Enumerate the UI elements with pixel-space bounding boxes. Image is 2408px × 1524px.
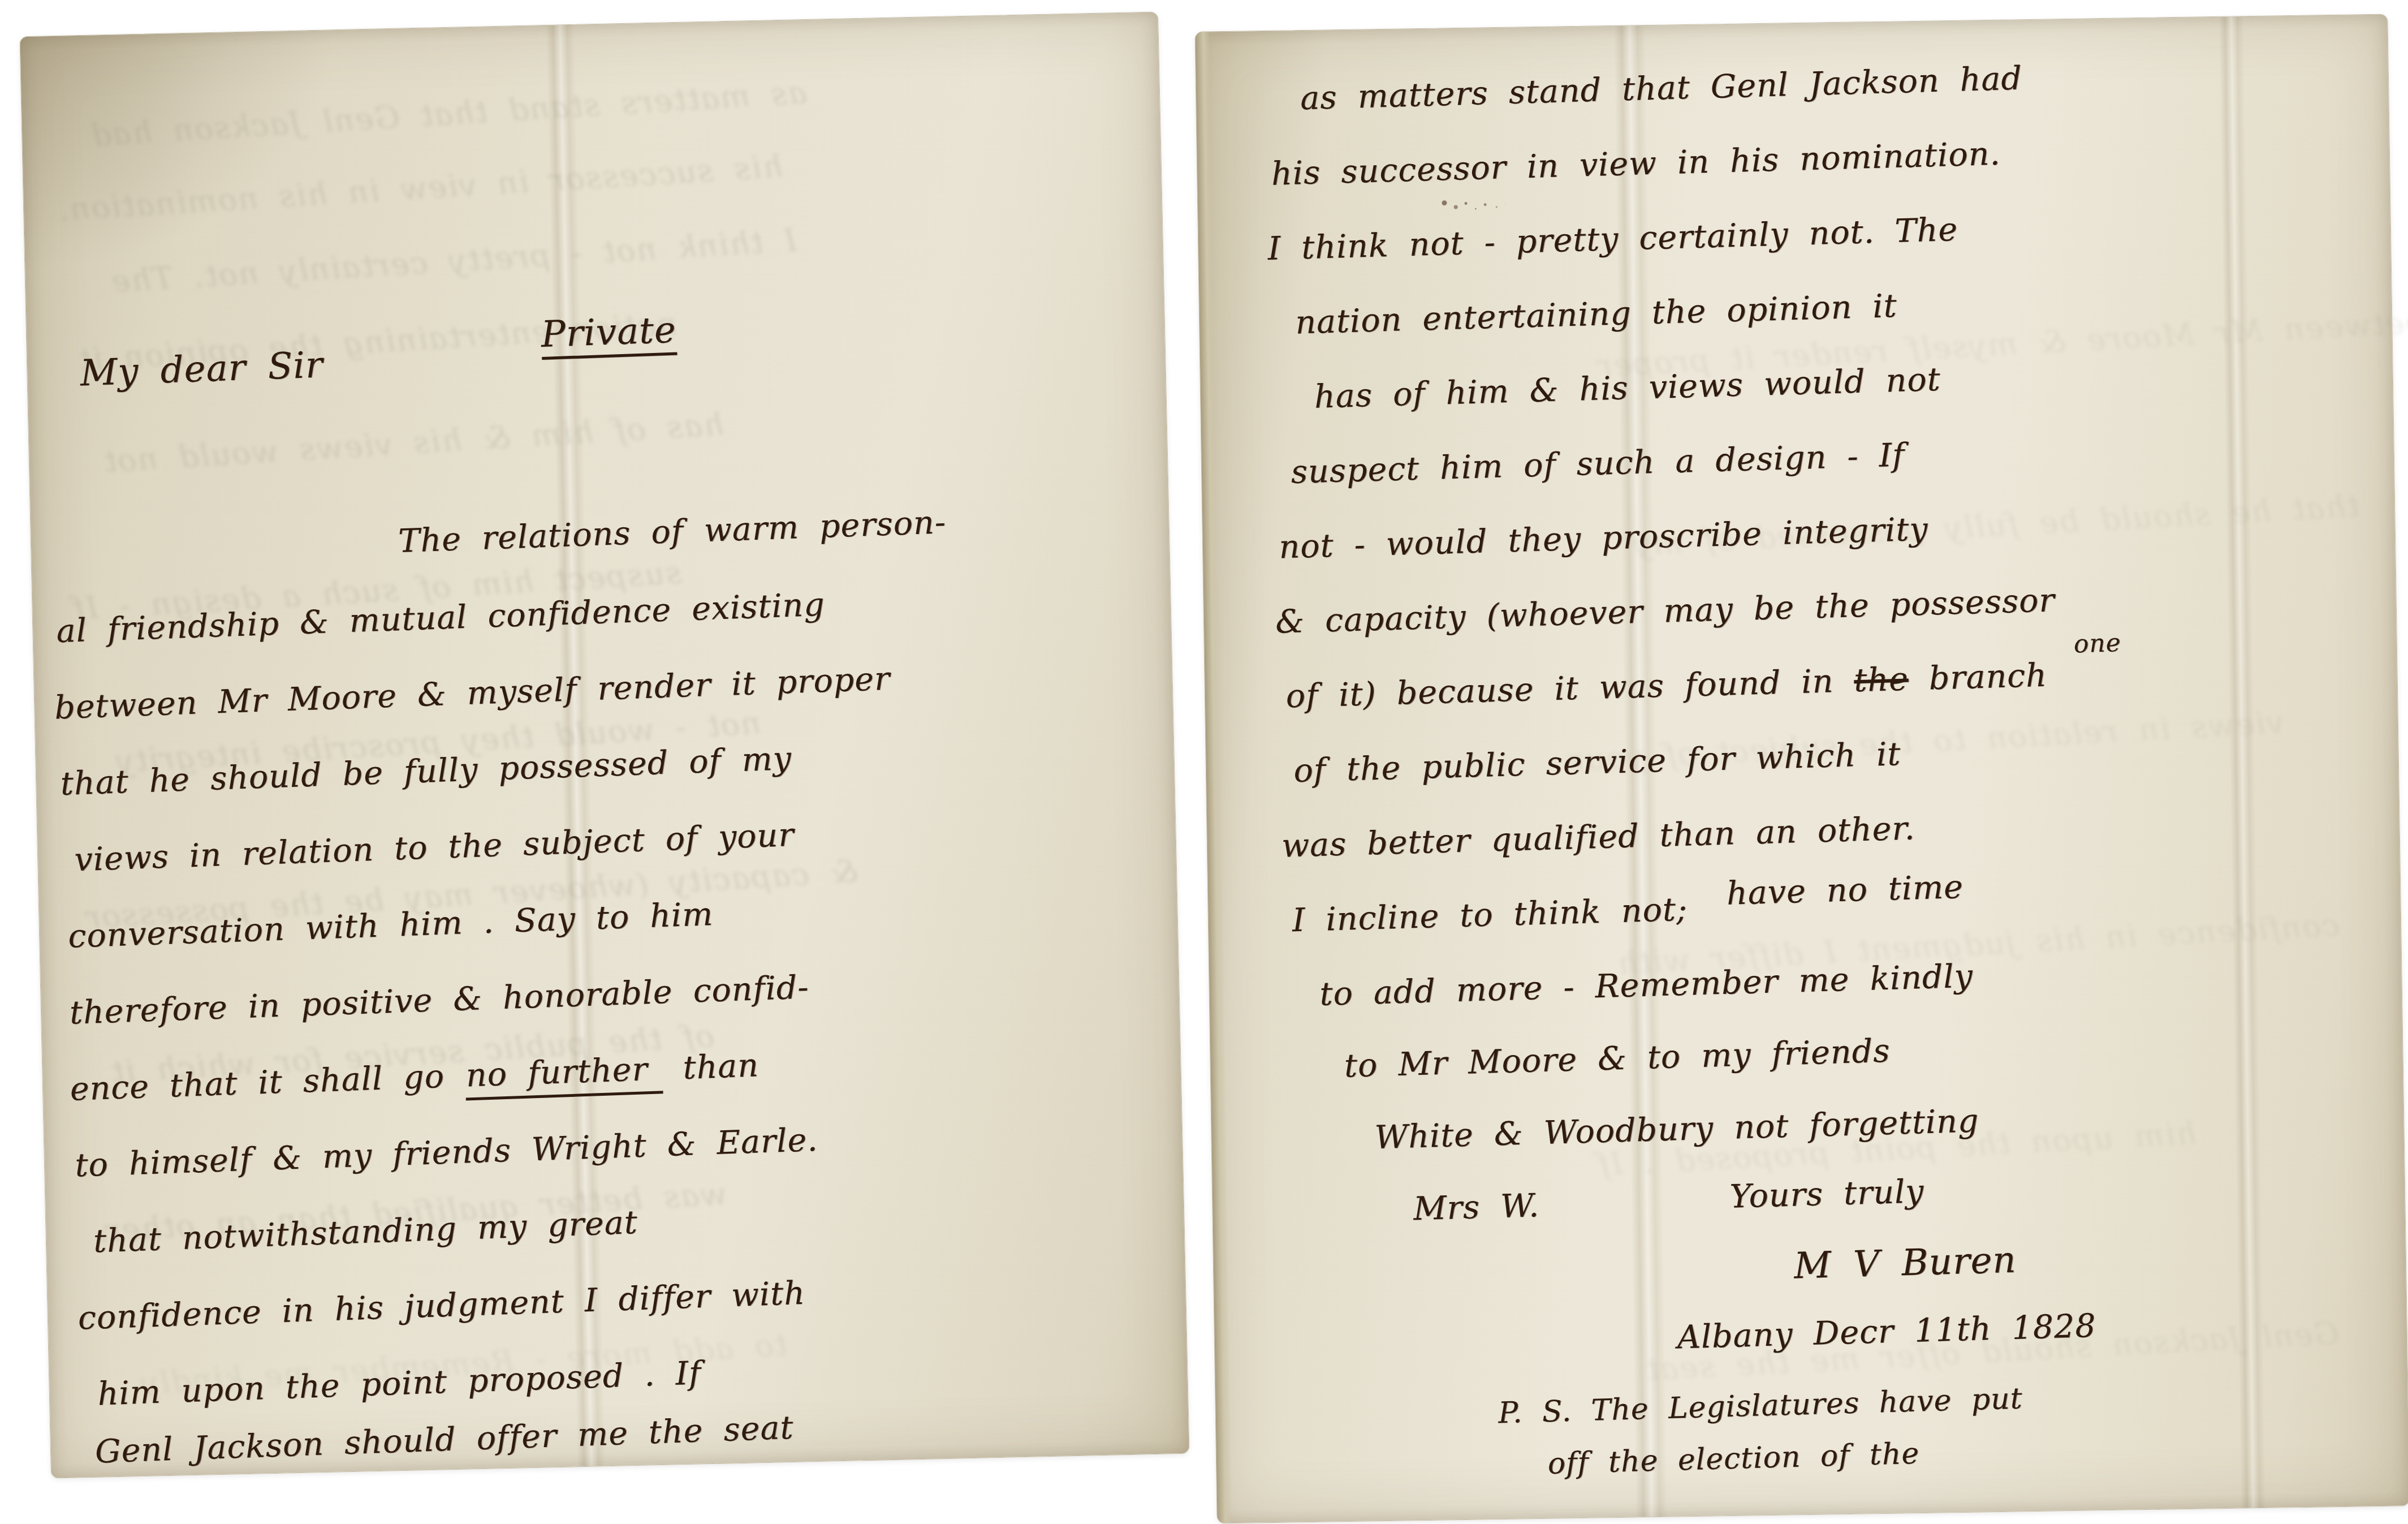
struck-word: the — [1853, 661, 1909, 700]
letter-line: was better qualified than an other. — [1281, 810, 1915, 864]
page-1-text: My dear Sir Private The relations of war… — [19, 0, 1206, 1478]
letter-line: The relations of warm person- — [398, 503, 947, 560]
letter-line: views in relation to the subject of your — [74, 816, 795, 879]
letter-line: him upon the point proposed . If — [97, 1354, 702, 1413]
letter-line: not - would they proscribe integrity — [1279, 511, 1929, 566]
signature: M V Buren — [1793, 1239, 2017, 1288]
letter-line: that he should be fully possessed of my — [60, 740, 792, 803]
letter-line: nation entertaining the opinion it — [1294, 287, 1897, 342]
letter-scan: as matters stand that Genl Jackson had h… — [0, 0, 2408, 1524]
ink-smudge — [1442, 200, 1447, 205]
letter-line: White & Woodbury not forgetting — [1374, 1102, 1979, 1156]
closing-addressee: Mrs W. — [1413, 1187, 1539, 1228]
line-segment: I incline to think not; — [1292, 891, 1688, 939]
line-segment: than — [662, 1047, 759, 1087]
letter-line: conversation with him . Say to him — [67, 896, 714, 955]
letter-line: confidence in his judgment I differ with — [77, 1275, 806, 1337]
letter-line: that notwithstanding my great — [93, 1204, 638, 1260]
letter-line: I think not - pretty certainly not. The — [1267, 211, 1958, 268]
letter-line: to add more - Remember me kindly — [1319, 958, 1974, 1013]
letter-line: I incline to think not;have no time — [1292, 883, 1964, 939]
letter-line: Genl Jackson should offer me the seat — [94, 1409, 794, 1471]
salutation: My dear Sir — [79, 344, 323, 394]
letter-line: al friendship & mutual confidence existi… — [55, 586, 825, 650]
letter-page-1: as matters stand that Genl Jackson had h… — [19, 11, 1189, 1478]
page-2-text: as matters stand that Genl Jackson had h… — [1194, 0, 2408, 1523]
line-segment: of it) because it was found in — [1285, 662, 1854, 715]
letter-line: suspect him of such a design - If — [1291, 437, 1905, 491]
underlined-phrase: no further — [464, 1050, 663, 1100]
line-segment: ence that it shall go — [70, 1057, 465, 1108]
raised-phrase: have no time — [1726, 868, 1963, 912]
valediction: Yours truly — [1729, 1173, 1924, 1216]
dateline: Albany Decr 11th 1828 — [1677, 1307, 2097, 1357]
letter-line: has of him & his views would not — [1314, 361, 1941, 416]
postscript-line: off the election of the — [1547, 1437, 1920, 1481]
letter-line: his successor in view in his nomination. — [1271, 135, 2001, 193]
letter-line: as matters stand that Genl Jackson had — [1300, 60, 2022, 118]
letter-line: ence that it shall go no further than — [70, 1047, 759, 1108]
private-label: Private — [540, 309, 676, 356]
letter-line: therefore in positive & honorable confid… — [69, 968, 810, 1032]
letter-line: to himself & my friends Wright & Earle. — [74, 1121, 818, 1185]
line-segment: branch — [1908, 657, 2048, 698]
letter-line: & capacity (whoever may be the possessor — [1275, 582, 2055, 640]
letter-line: between Mr Moore & myself render it prop… — [54, 660, 891, 727]
letter-line: to Mr Moore & to my friends — [1344, 1032, 1891, 1085]
letter-line: of the public service for which it — [1293, 735, 1901, 790]
letter-line: of it) because it was found in theone br… — [1285, 657, 2048, 716]
letter-page-2: between Mr Moore & myself render it prop… — [1195, 14, 2408, 1523]
postscript-line: P. S. The Legislatures have put — [1498, 1381, 2023, 1430]
inserted-word: one — [2073, 628, 2121, 658]
